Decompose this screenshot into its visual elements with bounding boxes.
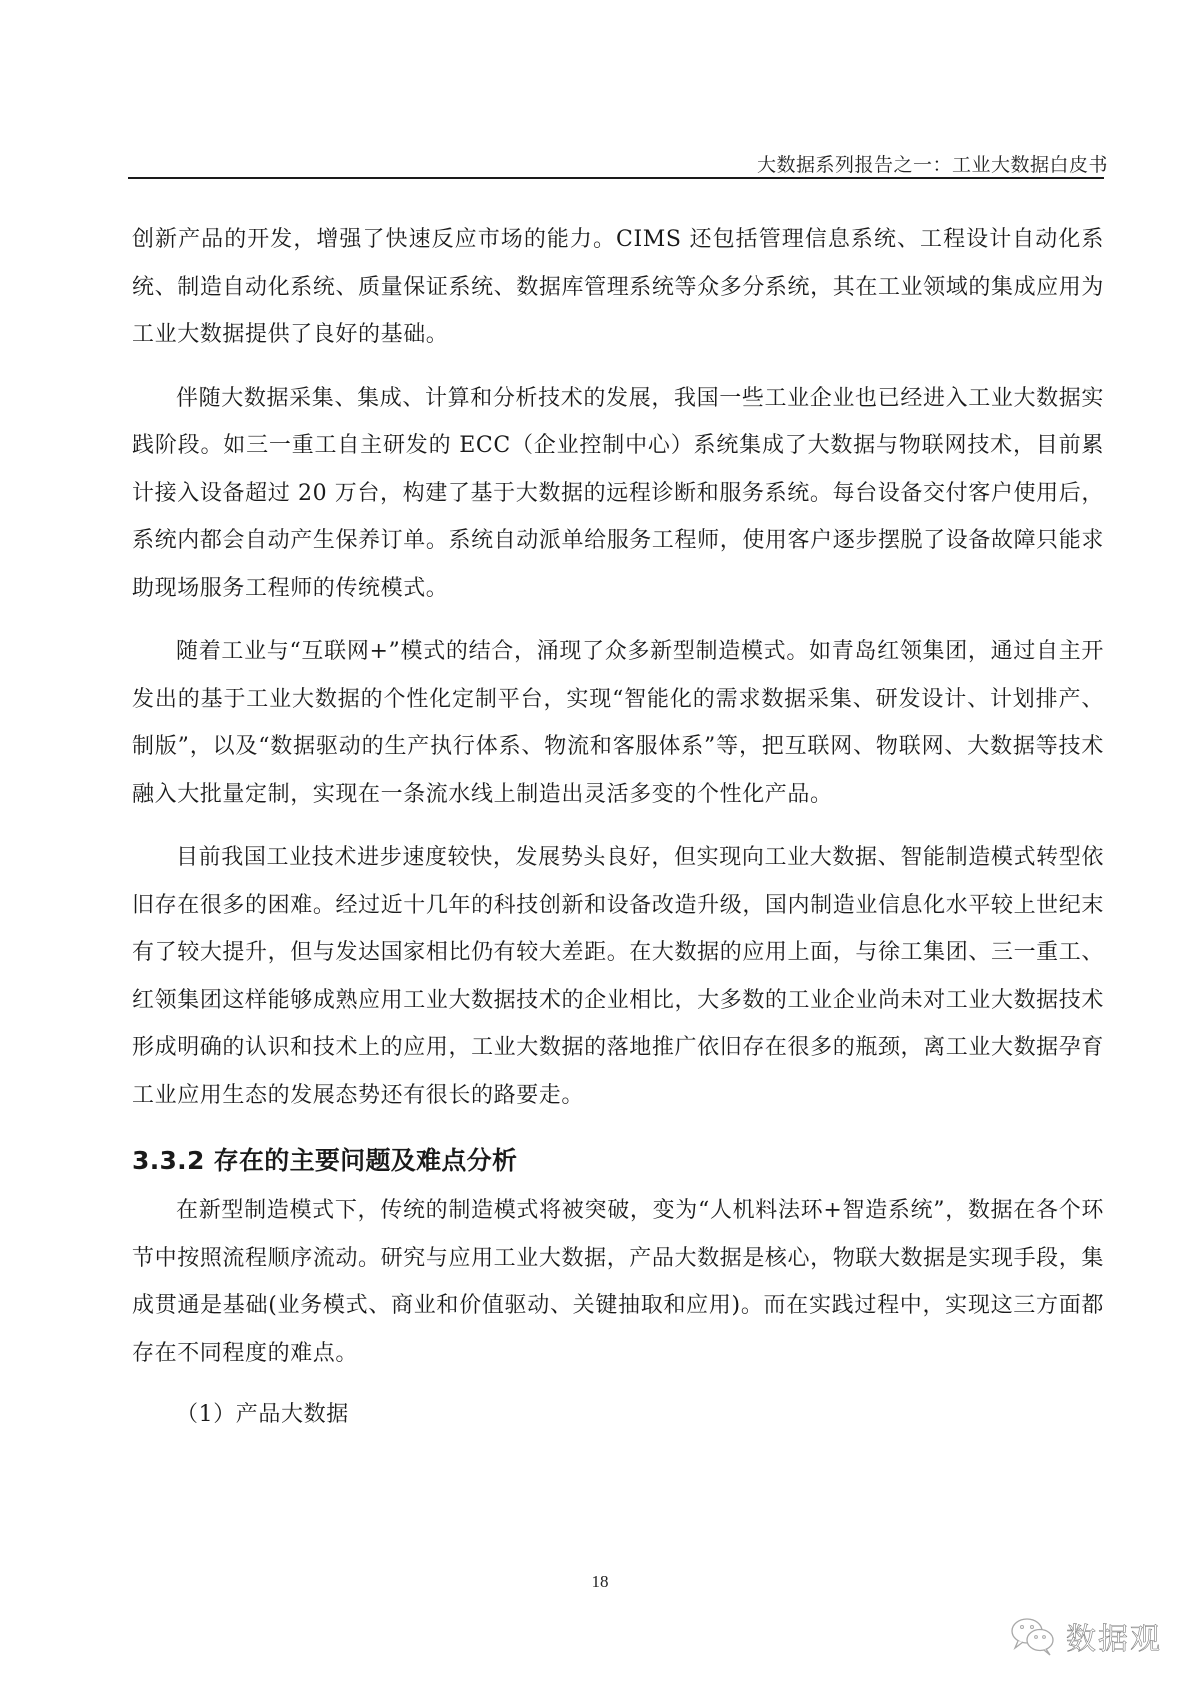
- paragraph-new-manufacturing: 在新型制造模式下，传统的制造模式将被突破，变为“人机料法环+智造系统”，数据在各…: [132, 1187, 1104, 1377]
- paragraph-current-status: 目前我国工业技术进步速度较快，发展势头良好，但实现向工业大数据、智能制造模式转型…: [132, 834, 1104, 1119]
- watermark: 数据观: [1008, 1614, 1162, 1658]
- body-text: 创新产品的开发，增强了快速反应市场的能力。CIMS 还包括管理信息系统、工程设计…: [132, 216, 1104, 1438]
- wechat-icon: [1008, 1615, 1058, 1657]
- section-heading: 3.3.2 存在的主要问题及难点分析: [132, 1141, 1104, 1181]
- paragraph-sany-ecc: 伴随大数据采集、集成、计算和分析技术的发展，我国一些工业企业也已经进入工业大数据…: [132, 375, 1104, 613]
- running-header-title: 大数据系列报告之一：工业大数据白皮书: [757, 150, 1108, 177]
- header-divider: [128, 177, 1104, 179]
- paragraph-redcollar: 随着工业与“互联网+”模式的结合，涌现了众多新型制造模式。如青岛红领集团，通过自…: [132, 628, 1104, 818]
- page-number: 18: [0, 1572, 1200, 1592]
- document-page: 大数据系列报告之一：工业大数据白皮书 创新产品的开发，增强了快速反应市场的能力。…: [0, 0, 1200, 1696]
- sub-item-product-big-data: （1）产品大数据: [132, 1391, 1104, 1438]
- watermark-text: 数据观: [1066, 1614, 1162, 1658]
- paragraph-cims: 创新产品的开发，增强了快速反应市场的能力。CIMS 还包括管理信息系统、工程设计…: [132, 216, 1104, 359]
